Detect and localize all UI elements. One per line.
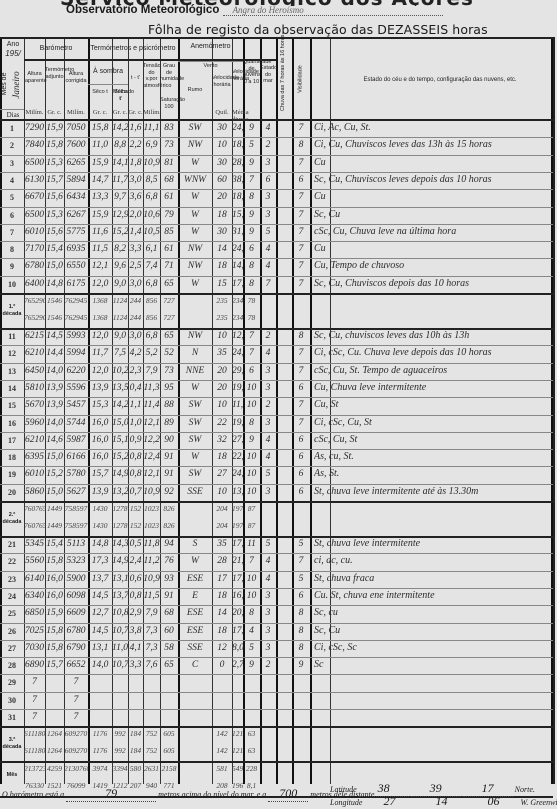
cell-vel_d: 20,0: [232, 608, 243, 620]
cell-seco: 15,3: [88, 400, 112, 412]
decade-sum-check-alt_ap: 765290: [24, 313, 45, 323]
cell-seco: 14,5: [88, 591, 112, 603]
days-label: Dias: [2, 111, 24, 119]
cell-alt_cor: 6220: [64, 366, 88, 378]
cell-hum: 52: [160, 348, 178, 360]
cell-alt_cor: 5744: [64, 418, 88, 430]
cell-vel_d: 22,7: [232, 452, 243, 464]
cell-tens: 7,9: [143, 366, 160, 378]
cell-chuva: [276, 279, 292, 291]
cell-alt_cor: 5457: [64, 400, 88, 412]
cell-vel: 10: [212, 487, 232, 499]
cell-alt_cor: 6098: [64, 591, 88, 603]
cell-mar: 6: [260, 175, 276, 187]
cell-seco: 16,0: [88, 435, 112, 447]
cell-vel_d: 8,0: [232, 643, 243, 655]
day-number: 6: [0, 211, 24, 221]
cell-tens: 10,5: [143, 227, 160, 239]
cell-nuv: 8: [243, 608, 260, 620]
cell-molh: 15,2: [112, 227, 128, 239]
cell-vel: 18: [212, 261, 232, 273]
month-label: Mês de: [1, 66, 11, 102]
cell-vel: 35: [212, 348, 232, 360]
cell-rumo: C: [178, 660, 212, 672]
cell-hum: 71: [160, 261, 178, 273]
cell-mar: 3: [260, 626, 276, 638]
cell-vel_d: 27,0: [232, 435, 243, 447]
row-rule: [0, 640, 553, 641]
barometer-text: O barómetro está a: [2, 790, 64, 799]
cell-alt_cor: 7: [64, 695, 88, 707]
cell-rumo: NW: [178, 244, 212, 256]
cell-dif: 0,8: [128, 591, 143, 603]
cell-vel_d: 12,7: [232, 331, 243, 343]
decade-sum-check-vel: 204: [212, 521, 232, 531]
day-number: 3: [0, 159, 24, 169]
lon-min: 14: [416, 794, 466, 809]
cell-dif: 2,3: [128, 366, 143, 378]
cell-vel: [212, 712, 232, 724]
row-rule: [0, 119, 553, 121]
cell-tens: 11,5: [143, 591, 160, 603]
cell-vel_d: 38,3: [232, 175, 243, 187]
decade-sum-hum: 2158: [160, 764, 178, 774]
cell-seco: 11,7: [88, 348, 112, 360]
cell-rumo: [178, 712, 212, 724]
cell-nuv: 10: [243, 400, 260, 412]
cell-vel: 14: [212, 608, 232, 620]
cell-tens: 7,3: [143, 626, 160, 638]
cell-alt_cor: 7050: [64, 123, 88, 135]
cell-term: 13,9: [45, 383, 64, 395]
decade-sum-molh: 1124: [112, 296, 128, 306]
day-number: 14: [0, 384, 24, 394]
cell-hum: 91: [160, 469, 178, 481]
decade-sum-alt_ap: 611180: [24, 729, 45, 739]
cell-dif: 3,0: [128, 331, 143, 343]
cell-molh: 11,0: [112, 643, 128, 655]
sky-remark: Sc, Cu: [314, 209, 550, 222]
year-value: 195/: [2, 50, 24, 60]
cell-tens: 11,1: [143, 123, 160, 135]
cell-vis: [292, 712, 310, 724]
cell-alt_cor: 5894: [64, 175, 88, 187]
cell-term: 15,6: [45, 227, 64, 239]
cell-molh: [112, 695, 128, 707]
cell-tens: 5,2: [143, 348, 160, 360]
row-rule: [0, 761, 553, 763]
cell-vis: 7: [292, 366, 310, 378]
cell-vis: 7: [292, 418, 310, 430]
cell-dif: 1,0: [128, 418, 143, 430]
cell-molh: 8,8: [112, 140, 128, 152]
cell-hum: 68: [160, 608, 178, 620]
cell-dif: 2,0: [128, 210, 143, 222]
decade-sum-alt_ap: 760765: [24, 504, 45, 514]
cell-alt_ap: 6890: [24, 660, 45, 672]
day-number: 12: [0, 349, 24, 359]
cell-alt_cor: 5993: [64, 331, 88, 343]
cell-chuva: [276, 608, 292, 620]
cell-seco: 17,3: [88, 556, 112, 568]
col-vapour-tension: Tensão do v.por atmosférico: [143, 63, 160, 93]
sky-remark: Sc: [314, 659, 550, 672]
cell-vis: 7: [292, 556, 310, 568]
cell-chuva: [276, 556, 292, 568]
decade-sum-check-nuv: 63: [243, 746, 260, 756]
cell-dif: 4,2: [128, 348, 143, 360]
sky-remark: Cu: [314, 157, 550, 170]
cell-vel: 10: [212, 140, 232, 152]
decade-sum-hum: 605: [160, 729, 178, 739]
decade-sum-molh: 1278: [112, 504, 128, 514]
decade-sum-tens: 856: [143, 296, 160, 306]
cell-mar: 4: [260, 123, 276, 135]
col-apparent-height: Altura aparente: [25, 71, 44, 91]
thermometers-header: Termómetros e psicrómetro: [88, 45, 178, 55]
day-number: 20: [0, 488, 24, 498]
row-rule: [0, 155, 553, 156]
cell-vis: 5: [292, 539, 310, 551]
col-dry: Sêco t: [88, 89, 112, 103]
decade-sum-vel_d: 1215: [232, 729, 243, 739]
cell-molh: 14,2: [112, 400, 128, 412]
cell-alt_ap: 7290: [24, 123, 45, 135]
row-rule: [0, 674, 553, 675]
cell-molh: 15,0: [112, 418, 128, 430]
cell-mar: [260, 712, 276, 724]
cell-molh: 9,0: [112, 331, 128, 343]
cell-chuva: [276, 348, 292, 360]
observatory-line: Observatório Meteorológico Angra do Hero…: [66, 4, 443, 16]
decade-sum-vel: 235: [212, 296, 232, 306]
cell-alt_cor: 6175: [64, 279, 88, 291]
cell-nuv: 7: [243, 348, 260, 360]
cell-vel_d: 2,7: [232, 660, 243, 672]
unit-label: Gr. c.: [112, 109, 128, 118]
cell-alt_ap: 6500: [24, 210, 45, 222]
cell-term: 14,8: [45, 279, 64, 291]
cell-alt_ap: 7170: [24, 244, 45, 256]
cell-hum: 83: [160, 123, 178, 135]
cell-alt_ap: 6010: [24, 227, 45, 239]
unit-label: Média diurna: [232, 109, 243, 118]
decade-sum-vel_d: 2340: [232, 296, 243, 306]
col-sea-state: Estado do mar: [260, 65, 276, 85]
day-number: 16: [0, 419, 24, 429]
decade-sum-seco: 1368: [88, 296, 112, 306]
cell-alt_ap: 7: [24, 677, 45, 689]
cell-hum: 73: [160, 366, 178, 378]
sky-remark: As, cu, St.: [314, 451, 550, 464]
cell-term: 15,0: [45, 261, 64, 273]
decade-sum-check-molh: 1278: [112, 521, 128, 531]
cell-seco: 16,0: [88, 452, 112, 464]
cell-chuva: [276, 469, 292, 481]
cell-vel_d: 17,0: [232, 626, 243, 638]
cell-chuva: [276, 175, 292, 187]
barometer-footer: O barómetro está a 79 metros acima do ní…: [2, 786, 376, 802]
cell-vis: 7: [292, 192, 310, 204]
cell-alt_cor: 5596: [64, 383, 88, 395]
decade-sum-hum: 826: [160, 504, 178, 514]
sky-remark: Sc, Cu, Chuviscos leves depois das 10 ho…: [314, 174, 550, 187]
cell-alt_ap: 6140: [24, 574, 45, 586]
decade-sum-check-molh: 992: [112, 746, 128, 756]
decade-sum-check-alt_cor: 609270: [64, 746, 88, 756]
cell-vis: 7: [292, 123, 310, 135]
cell-tens: 11,3: [143, 383, 160, 395]
lon-sec: 06: [468, 794, 518, 809]
cell-alt_ap: 6780: [24, 261, 45, 273]
cell-vis: 7: [292, 348, 310, 360]
barometer-header: Barómetro: [24, 45, 88, 55]
cell-seco: [88, 677, 112, 689]
cell-vis: 7: [292, 279, 310, 291]
cell-hum: [160, 712, 178, 724]
longitude-line: Longitude 27 14 06 W. Greenwich.: [330, 794, 557, 809]
cell-vel: [212, 695, 232, 707]
cell-chuva: [276, 140, 292, 152]
cell-rumo: W: [178, 452, 212, 464]
cell-term: 15,7: [45, 175, 64, 187]
cell-mar: 3: [260, 418, 276, 430]
cell-tens: 7,6: [143, 660, 160, 672]
decade-sum-term: 1449: [45, 504, 64, 514]
cell-dif: 1,4: [128, 227, 143, 239]
cell-vis: 7: [292, 210, 310, 222]
anemometer-header: Anemómetro: [178, 43, 243, 53]
cell-hum: 73: [160, 140, 178, 152]
cell-alt_cor: 5775: [64, 227, 88, 239]
col-visibility: Visibilidade: [298, 57, 306, 102]
decade-sum-check-seco: 1176: [88, 746, 112, 756]
cell-vel_d: 24,0: [232, 244, 243, 256]
cell-mar: 4: [260, 452, 276, 464]
row-rule: [0, 137, 553, 138]
cell-alt_ap: 6400: [24, 279, 45, 291]
day-number: 7: [0, 228, 24, 238]
cell-vel_d: 17,0: [232, 279, 243, 291]
sky-remark: Sc, Cu: [314, 625, 550, 638]
cell-hum: 79: [160, 210, 178, 222]
cell-hum: 60: [160, 626, 178, 638]
cell-tens: 11,4: [143, 400, 160, 412]
cell-nuv: 8: [243, 418, 260, 430]
row-rule: [0, 726, 553, 728]
cell-alt_ap: 5670: [24, 400, 45, 412]
cell-vel: 18: [212, 452, 232, 464]
day-number: 21: [0, 540, 24, 550]
row-rule: [0, 709, 553, 710]
cell-nuv: 10: [243, 469, 260, 481]
cell-rumo: SW: [178, 435, 212, 447]
cell-vis: 6: [292, 383, 310, 395]
cell-nuv: 5: [243, 140, 260, 152]
cell-alt_ap: 6340: [24, 591, 45, 603]
row-rule: [0, 224, 553, 225]
cell-tens: 6,1: [143, 244, 160, 256]
day-number: 24: [0, 592, 24, 602]
sky-remark: Sc, Cu, Chuviscos depois das 10 horas: [314, 278, 550, 291]
day-number: 4: [0, 176, 24, 186]
cell-alt_cor: 7: [64, 712, 88, 724]
cell-vel_d: 21,7: [232, 556, 243, 568]
decade-sum-vel: 581: [212, 764, 232, 774]
cell-tens: 7,9: [143, 608, 160, 620]
cell-vel_d: 29,3: [232, 366, 243, 378]
decade-sum-seco: 3974: [88, 764, 112, 774]
day-number: 30: [0, 696, 24, 706]
day-number: 28: [0, 661, 24, 671]
sky-remark: [314, 694, 550, 707]
cell-tens: 6,8: [143, 331, 160, 343]
cell-seco: 12,1: [88, 261, 112, 273]
row-rule: [0, 553, 553, 554]
day-number: 15: [0, 401, 24, 411]
cell-vel_d: [232, 677, 243, 689]
decade-sum-check-vel_d: 2340: [232, 313, 243, 323]
cell-nuv: 7: [243, 175, 260, 187]
lon-dir: W. Greenwich.: [520, 798, 557, 807]
col-humidity: Grau de humidade: [160, 63, 178, 89]
cell-vel_d: 14,7: [232, 261, 243, 273]
cell-vis: 6: [292, 469, 310, 481]
cell-chuva: [276, 123, 292, 135]
cell-mar: 2: [260, 400, 276, 412]
decade-sum-alt_ap: 765290: [24, 296, 45, 306]
cell-term: 15,0: [45, 452, 64, 464]
row-rule: [0, 449, 553, 450]
decade-sum-check-tens: 1023: [143, 521, 160, 531]
cell-dif: 0,6: [128, 574, 143, 586]
cell-dif: 3,3: [128, 244, 143, 256]
unit-label: [178, 109, 212, 118]
sky-remark: cSc, Cu, St: [314, 434, 550, 447]
day-number: 26: [0, 627, 24, 637]
cell-alt_cor: 5323: [64, 556, 88, 568]
cell-mar: 7: [260, 279, 276, 291]
decade-sum-check-nuv: 78: [243, 313, 260, 323]
cell-chuva: [276, 452, 292, 464]
sheet-title: Fôlha de registo da observação das DEZAS…: [148, 22, 488, 37]
day-number: 2: [0, 141, 24, 151]
cell-dif: 1,8: [128, 158, 143, 170]
row-rule: [0, 293, 553, 295]
cell-seco: 12,0: [88, 279, 112, 291]
cell-seco: 11,0: [88, 140, 112, 152]
cell-vel_d: 31,7: [232, 227, 243, 239]
cell-seco: 15,9: [88, 210, 112, 222]
cell-chuva: [276, 695, 292, 707]
cell-vel: 10: [212, 400, 232, 412]
decade-sum-nuv: 228: [243, 764, 260, 774]
cell-vel: 30: [212, 158, 232, 170]
sky-remark: Ci, cSc, Sc: [314, 642, 550, 655]
cell-term: [45, 677, 64, 689]
cell-vel_d: 28,7: [232, 158, 243, 170]
day-number: 18: [0, 453, 24, 463]
cell-vis: 7: [292, 158, 310, 170]
decade-sum-check-dif: 184: [128, 746, 143, 756]
cell-vel: 14: [212, 244, 232, 256]
cell-alt_cor: 5900: [64, 574, 88, 586]
decade-sum-check-vel_d: 1215: [232, 746, 243, 756]
cell-rumo: NW: [178, 331, 212, 343]
cell-tens: 10,9: [143, 487, 160, 499]
lat-dir: Norte.: [515, 785, 535, 794]
row-rule: [0, 241, 553, 242]
cell-term: 15,3: [45, 210, 64, 222]
cell-alt_cor: 5113: [64, 539, 88, 551]
cell-chuva: [276, 227, 292, 239]
cell-chuva: [276, 591, 292, 603]
cell-rumo: ESE: [178, 626, 212, 638]
row-rule: [88, 84, 128, 85]
cell-chuva: [276, 660, 292, 672]
cell-rumo: NNE: [178, 366, 212, 378]
cell-molh: 10,2: [112, 366, 128, 378]
latitude-label: Latitude: [330, 785, 357, 794]
cell-nuv: 9: [243, 123, 260, 135]
cell-dif: 3,0: [128, 175, 143, 187]
cell-alt_cor: 6780: [64, 626, 88, 638]
cell-dif: 3,0: [128, 279, 143, 291]
decade-sum-check-alt_cor: 762945: [64, 313, 88, 323]
decade-label: 3.ª década: [0, 737, 24, 751]
cell-chuva: [276, 261, 292, 273]
cell-molh: 15,1: [112, 435, 128, 447]
cell-molh: 15,2: [112, 452, 128, 464]
day-number: 19: [0, 470, 24, 480]
cell-tens: [143, 695, 160, 707]
cell-hum: 94: [160, 539, 178, 551]
cell-molh: 9,6: [112, 261, 128, 273]
row-rule: [0, 484, 553, 485]
cell-vel: 27: [212, 469, 232, 481]
decade-sum-term: 1546: [45, 296, 64, 306]
cell-rumo: SW: [178, 123, 212, 135]
decade-sum-vel_d: 1971: [232, 504, 243, 514]
row-rule: [0, 415, 553, 416]
cell-alt_cor: 6265: [64, 158, 88, 170]
cell-dif: 3,6: [128, 192, 143, 204]
cell-seco: 14,8: [88, 539, 112, 551]
cell-vel: 32: [212, 435, 232, 447]
cell-molh: 12,9: [112, 210, 128, 222]
day-number: 27: [0, 644, 24, 654]
cell-alt_ap: 6450: [24, 366, 45, 378]
cell-vis: 7: [292, 400, 310, 412]
cell-alt_cor: 6550: [64, 261, 88, 273]
cell-chuva: [276, 677, 292, 689]
cell-alt_ap: 7: [24, 712, 45, 724]
cell-chuva: [276, 158, 292, 170]
row-rule: [0, 657, 553, 658]
cell-molh: 8,2: [112, 244, 128, 256]
cell-molh: 14,9: [112, 469, 128, 481]
decade-sum-check-term: 1546: [45, 313, 64, 323]
cell-chuva: [276, 712, 292, 724]
cell-vel: 20: [212, 383, 232, 395]
sky-remark: cSc, Cu, St. Tempo de aguaceiros: [314, 365, 550, 378]
cell-chuva: [276, 331, 292, 343]
cell-seco: 12,7: [88, 608, 112, 620]
sky-remark: [314, 711, 550, 724]
cell-alt_cor: 6434: [64, 192, 88, 204]
decade-sum-vel_d: 5496: [232, 764, 243, 774]
cell-term: 14,5: [45, 331, 64, 343]
